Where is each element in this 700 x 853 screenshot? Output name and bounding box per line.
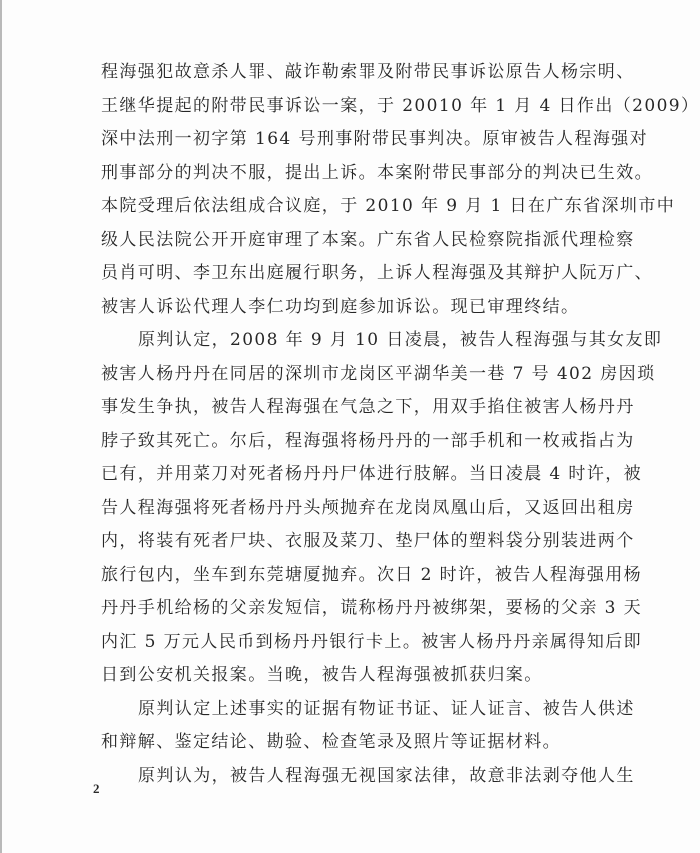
text-line: 原判认为，被告人程海强无视国家法律，故意非法剥夺他人生 <box>101 760 621 794</box>
text-line: 内汇 5 万元人民币到杨丹丹银行卡上。被害人杨丹丹亲属得知后即 <box>101 626 621 660</box>
text-line: 员肖可明、李卫东出庭履行职务，上诉人程海强及其辩护人阮万广、 <box>101 257 621 291</box>
text-line: 刑事部分的判决不服，提出上诉。本案附带民事部分的判决已生效。 <box>101 157 621 191</box>
paragraph-case-background: 程海强犯故意杀人罪、敲诈勒索罪及附带民事诉讼原告人杨宗明、 王继华提起的附带民事… <box>101 56 621 324</box>
text-line: 内，将装有死者尸块、衣服及菜刀、垫尸体的塑料袋分别装进两个 <box>101 525 621 559</box>
text-line: 被害人杨丹丹在同居的深圳市龙岗区平湖华美一巷 7 号 402 房因琐 <box>101 358 621 392</box>
text-line: 原判认定上述事实的证据有物证书证、证人证言、被告人供述 <box>101 693 621 727</box>
paragraph-original-judgment-opinion: 原判认为，被告人程海强无视国家法律，故意非法剥夺他人生 <box>101 760 621 794</box>
text-line: 本院受理后依法组成合议庭，于 2010 年 9 月 1 日在广东省深圳市中 <box>101 190 621 224</box>
document-page: 程海强犯故意杀人罪、敲诈勒索罪及附带民事诉讼原告人杨宗明、 王继华提起的附带民事… <box>0 0 700 853</box>
text-line: 旅行包内，坐车到东莞塘厦抛弃。次日 2 时许，被告人程海强用杨 <box>101 559 621 593</box>
text-line: 脖子致其死亡。尔后，程海强将杨丹丹的一部手机和一枚戒指占为 <box>101 425 621 459</box>
text-line: 丹丹手机给杨的父亲发短信，谎称杨丹丹被绑架，要杨的父亲 3 天 <box>101 592 621 626</box>
text-line: 和辩解、鉴定结论、勘验、检查笔录及照片等证据材料。 <box>101 726 621 760</box>
paragraph-evidence: 原判认定上述事实的证据有物证书证、证人证言、被告人供述 和辩解、鉴定结论、勘验、… <box>101 693 621 760</box>
document-body: 程海强犯故意杀人罪、敲诈勒索罪及附带民事诉讼原告人杨宗明、 王继华提起的附带民事… <box>101 56 621 793</box>
text-line: 原判认定，2008 年 9 月 10 日凌晨，被告人程海强与其女友即 <box>101 324 621 358</box>
text-line: 程海强犯故意杀人罪、敲诈勒索罪及附带民事诉讼原告人杨宗明、 <box>101 56 621 90</box>
text-line: 告人程海强将死者杨丹丹头颅抛弃在龙岗凤凰山后，又返回出租房 <box>101 492 621 526</box>
page-number: 2 <box>93 781 100 797</box>
text-line: 深中法刑一初字第 164 号刑事附带民事判决。原审被告人程海强对 <box>101 123 621 157</box>
text-line: 被害人诉讼代理人李仁功均到庭参加诉讼。现已审理终结。 <box>101 291 621 325</box>
paragraph-original-findings: 原判认定，2008 年 9 月 10 日凌晨，被告人程海强与其女友即 被害人杨丹… <box>101 324 621 693</box>
text-line: 已有，并用菜刀对死者杨丹丹尸体进行肢解。当日凌晨 4 时许，被 <box>101 458 621 492</box>
text-line: 日到公安机关报案。当晚，被告人程海强被抓获归案。 <box>101 659 621 693</box>
text-line: 王继华提起的附带民事诉讼一案，于 20010 年 1 月 4 日作出（2009） <box>101 90 621 124</box>
text-line: 事发生争执，被告人程海强在气急之下，用双手掐住被害人杨丹丹 <box>101 391 621 425</box>
text-line: 级人民法院公开开庭审理了本案。广东省人民检察院指派代理检察 <box>101 224 621 258</box>
